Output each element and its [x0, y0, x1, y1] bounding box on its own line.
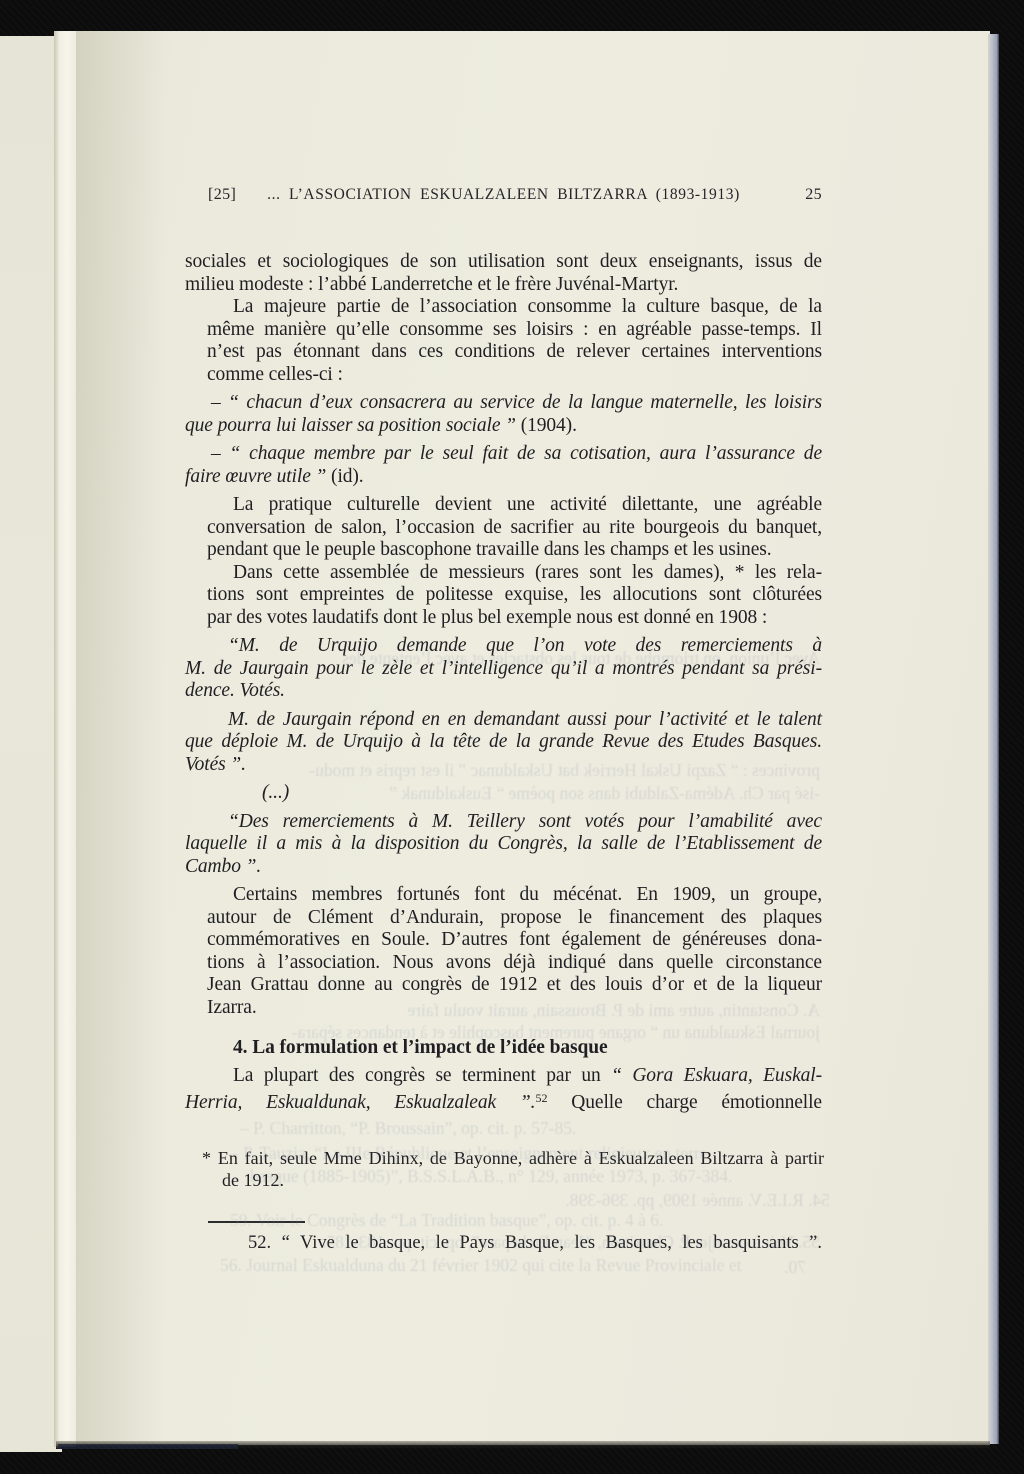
footnote-52: 52. “ Vive le basque, le Pays Basque, le… — [248, 1232, 822, 1254]
paragraph: La plupart des congrès se terminent par … — [185, 1065, 822, 1115]
previous-page-edge — [0, 36, 62, 1452]
text-line: Jean Grattau donne au congrès de 1912 et… — [207, 974, 822, 997]
spine-shadow-line — [58, 1444, 238, 1449]
block-quote: “M. de Urquijo demande que l’on vote des… — [185, 635, 822, 703]
gutter-fold — [54, 31, 76, 1447]
text-column: sociales et sociologiques de son utilisa… — [185, 251, 822, 1115]
text-line: même manière qu’elle consomme ses loisir… — [207, 319, 822, 342]
text-line: – “ chaque membre par le seul fait de sa… — [185, 443, 822, 466]
text-line: * En fait, seule Mme Dihinx, de Bayonne,… — [202, 1148, 824, 1170]
text-line: que déploie M. de Urquijo à la tête de l… — [185, 731, 822, 754]
book-scan: [25] ... L’ASSOCIATION ESKUALZALEEN BILT… — [0, 0, 1024, 1474]
paragraph: La majeure partie de l’association conso… — [207, 296, 822, 386]
footnote-asterisk: * En fait, seule Mme Dihinx, de Bayonne,… — [202, 1148, 824, 1191]
text-line: 4. La formulation et l’impact de l’idée … — [207, 1037, 822, 1060]
block-quote: (...) — [185, 782, 822, 805]
text-line: Votés ”. — [185, 754, 822, 777]
text-line: M. de Jaurgain pour le zèle et l’intelli… — [185, 658, 822, 681]
paragraph: Dans cette assemblée de messieurs (rares… — [207, 562, 822, 630]
text-line: La plupart des congrès se terminent par … — [185, 1065, 822, 1088]
block-quote: – “ chacun d’eux consacrera au service d… — [185, 392, 822, 437]
section-heading: 4. La formulation et l’impact de l’idée … — [207, 1037, 822, 1060]
text-line: n’est pas étonnant dans ces conditions d… — [207, 341, 822, 364]
text-line: La majeure partie de l’association conso… — [207, 296, 822, 319]
text-line: pendant que le peuple bascophone travail… — [207, 539, 822, 562]
text-line: M. de Jaurgain répond en en demandant au… — [185, 709, 822, 732]
footnote-rule — [208, 1221, 305, 1223]
text-line: par des votes laudatifs dont le plus bel… — [207, 607, 822, 630]
text-line: Cambo ”. — [185, 856, 822, 879]
text-line: “M. de Urquijo demande que l’on vote des… — [185, 635, 822, 658]
text-line: Certains membres fortunés font du mécéna… — [207, 884, 822, 907]
text-line: conversation de salon, l’occasion de sac… — [207, 517, 822, 540]
text-line: faire œuvre utile ” (id). — [185, 466, 822, 489]
text-line: Izarra. — [207, 997, 822, 1020]
text-line: Herria, Eskualdunak, Eskualzaleak ”.52 Q… — [185, 1087, 822, 1115]
text-line: commémoratives en Soule. D’autres font é… — [207, 929, 822, 952]
block-quote: – “ chaque membre par le seul fait de sa… — [185, 443, 822, 488]
text-line: tions à l’association. Nous avons déjà i… — [207, 952, 822, 975]
text-line: de 1912. — [202, 1170, 824, 1192]
block-quote: M. de Jaurgain répond en en demandant au… — [185, 709, 822, 777]
text-line: sociales et sociologiques de son utilisa… — [185, 251, 822, 274]
text-line: laquelle il a mis à la disposition du Co… — [185, 833, 822, 856]
text-line: milieu modeste : l’abbé Landerretche et … — [185, 274, 822, 297]
gutter-shadow — [76, 31, 166, 1445]
running-header: [25] ... L’ASSOCIATION ESKUALZALEEN BILT… — [185, 186, 822, 206]
text-line: dence. Votés. — [185, 680, 822, 703]
text-line: autour de Clément d’Andurain, propose le… — [207, 907, 822, 930]
paragraph: Certains membres fortunés font du mécéna… — [207, 884, 822, 1019]
text-line: Dans cette assemblée de messieurs (rares… — [207, 562, 822, 585]
text-line: tions sont empreintes de politesse exqui… — [207, 584, 822, 607]
paragraph: La pratique culturelle devient une activ… — [207, 494, 822, 562]
text-line: – “ chacun d’eux consacrera au service d… — [185, 392, 822, 415]
running-title: ... L’ASSOCIATION ESKUALZALEEN BILTZARRA… — [185, 186, 822, 204]
text-line: La pratique culturelle devient une activ… — [207, 494, 822, 517]
page-block-edge — [988, 34, 999, 1444]
text-line: que pourra lui laisser sa position socia… — [185, 415, 822, 438]
paragraph: sociales et sociologiques de son utilisa… — [185, 251, 822, 296]
text-line: comme celles-ci : — [207, 364, 822, 387]
page-number: 25 — [805, 186, 822, 204]
text-line: “Des remerciements à M. Teillery sont vo… — [185, 811, 822, 834]
block-quote: “Des remerciements à M. Teillery sont vo… — [185, 811, 822, 879]
text-line: (...) — [185, 782, 822, 805]
